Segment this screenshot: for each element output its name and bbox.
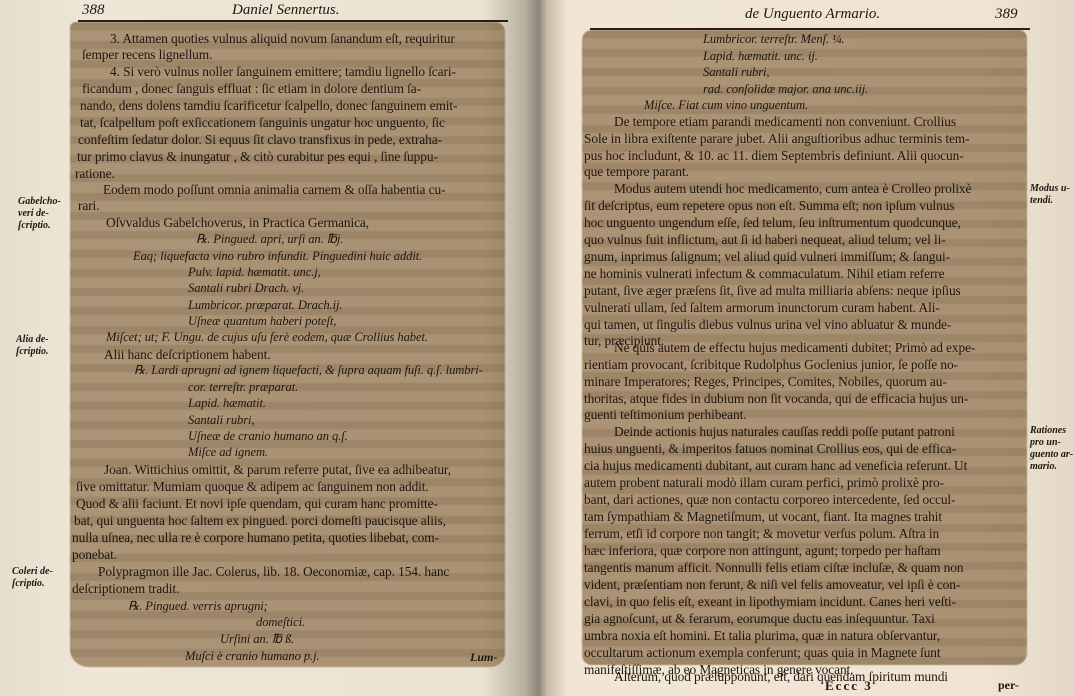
text-line: hoc unguento ungendum eſſe, ſed telum, ſ… (584, 214, 961, 231)
text-line: Muſci è cranio humano p.j. (185, 648, 320, 665)
left-catchword: Lum- (470, 650, 497, 665)
text-line: Alterum, quod præſupponunt, eſt, dari qu… (614, 668, 948, 685)
text-line: pus hoc includunt, & 10. ac 11. diem Sep… (584, 147, 964, 164)
text-line: confeſtim ſedatur dolor. Si equus ſit cl… (78, 131, 442, 148)
text-line: nulla uſnea, nec ulla re è corpore human… (72, 529, 439, 546)
text-line: Polypragmon ille Jac. Colerus, lib. 18. … (98, 563, 449, 580)
text-line: Deinde actionis hujus naturales cauſſas … (614, 423, 955, 440)
left-page-number: 388 (82, 2, 105, 19)
text-line: tur primo clavus & inungatur , & citò cu… (77, 148, 438, 165)
text-line: thoritas, atque fides in dubium non ſit … (584, 390, 968, 407)
text-line: Lumbricor. terreſtr. Menſ. ¼. (703, 31, 844, 48)
margin-note: Gabelcho- veri de- ſcriptio. (18, 196, 61, 232)
text-line: nando, dens dolens tamdiu ſcarificetur ſ… (80, 97, 457, 114)
text-line: Pulv. lapid. hæmatit. unc.j, (188, 264, 321, 281)
left-running-head: Daniel Sennertus. (232, 2, 339, 19)
text-line: minare Imperatores; Reges, Principes, Co… (584, 373, 947, 390)
text-line: ſit deſcriptus, eum repetere opus non eſ… (584, 197, 954, 214)
text-line: Oſvvaldus Gabelchoverus, in Practica Ger… (106, 214, 369, 231)
text-line: guenti teſtimonium perhibeant. (584, 406, 747, 423)
text-line: Santali rubri Drach. vj. (188, 280, 304, 297)
text-line: qui tamen, ut ſingulis diebus vulnus uri… (584, 316, 951, 333)
text-line: clavi, in quo felis eſt, exeant in lipot… (584, 593, 956, 610)
text-line: Lapid. hæmatit. unc. ij. (703, 48, 818, 65)
text-line: 3. Attamen quoties vulnus aliquid novum … (110, 30, 455, 47)
right-head-rule (590, 28, 1030, 30)
text-line: ne hominis vulnerati infectum & commacul… (584, 265, 945, 282)
right-running-head: de Unguento Armario. (745, 6, 880, 23)
text-line: autem probent naturali modò illam curam … (584, 474, 944, 491)
text-line: De tempore etiam parandi medicamenti non… (614, 113, 956, 130)
text-line: Joan. Wittichius omittit, & parum referr… (104, 461, 451, 478)
text-line: 4. Si verò vulnus noller ſanguinem emitt… (110, 63, 456, 80)
text-line: vulnerati ullam, ſed ſaltem armorum inun… (584, 299, 940, 316)
text-line: deſcriptionem tradit. (72, 580, 179, 597)
text-line: Modus autem utendi hoc medicamento, cum … (614, 180, 971, 197)
text-line: ℞. Lardi aprugni ad ignem liquefacti, & … (134, 362, 483, 379)
text-line: bant, dari actiones, quæ non contactu co… (584, 491, 955, 508)
right-page-number: 389 (995, 6, 1018, 23)
text-line: Eodem modo poſſunt omnia animalia carnem… (103, 181, 445, 198)
right-page: de Unguento Armario. 389 Lumbricor. terr… (540, 0, 1073, 696)
text-line: gnum, inprimus ſalignum; vel aliud quid … (584, 248, 950, 265)
text-line: rientiam provocant, ſcribitque Rudolphus… (584, 356, 958, 373)
text-line: ſive omittatur. Mumiam quoque & adipem a… (76, 478, 429, 495)
text-line: Ne quis autem de effectu hujus medicamen… (614, 339, 975, 356)
text-line: rari. (78, 197, 99, 214)
left-page: 388 Daniel Sennertus. 3. Attamen quoties… (0, 0, 535, 696)
text-line: hæc inferiora, quæ corpore non attingunt… (584, 542, 941, 559)
text-line: Urſini an. ℔ ß. (220, 631, 294, 648)
text-line: ponebat. (72, 546, 117, 563)
text-line: occultarum actionum exempla conferunt; q… (584, 644, 941, 661)
margin-note: Rationes pro un- guento ar- mario. (1030, 425, 1073, 473)
text-line: cor. terreſtr. præparat. (188, 379, 298, 396)
text-line: tat, ſcalpellum poſt exſiccationem ſangu… (80, 114, 445, 131)
text-line: rad. conſolidæ major. ana unc.iij. (703, 81, 868, 98)
text-line: quo vulnus fuit inflictum, aut ſi id hab… (584, 231, 946, 248)
margin-note: Coleri de- ſcriptio. (12, 566, 53, 590)
text-line: Lapid. hæmatit. (188, 395, 266, 412)
text-line: tam ſympathiam & Magnetiſmum, ut vocant,… (584, 508, 942, 525)
text-line: cia hujus medicamenti dubitant, aut cura… (584, 457, 967, 474)
text-line: Miſcet; ut; F. Ungu. de cujus uſu ferè e… (106, 329, 428, 346)
text-line: umbra noxia eſt homini. Et talia plurima… (584, 627, 940, 644)
text-line: vident, præſentiam non ferunt, & niſi ve… (584, 576, 960, 593)
text-line: huius unguenti, & imperitos fatuos nomin… (584, 440, 956, 457)
text-line: Lumbricor. præparat. Drach.ij. (188, 297, 342, 314)
signature-mark: Eccc 3 (825, 678, 873, 694)
text-line: Miſce. Fiat cum vino unguentum. (644, 97, 808, 114)
text-line: ferrum, etſi id corpore non tangit; & mo… (584, 525, 939, 542)
text-line: domeſtici. (256, 614, 305, 631)
margin-note: Modus u- tendi. (1030, 183, 1070, 207)
text-line: Quod & alii faciunt. Et novi ipſe quenda… (76, 495, 438, 512)
text-line: ℞. Pingued. verris aprugni; (128, 598, 268, 615)
text-line: que tempore parant. (584, 163, 689, 180)
text-line: Santali rubri, (188, 412, 254, 429)
text-line: bat, qui unguenta hoc ſaltem ex pingued.… (74, 512, 446, 529)
text-line: Uſneæ de cranio humano an q.ſ. (188, 428, 348, 445)
text-line: gia agnoſcunt, ut & ferarum, eorumque du… (584, 610, 935, 627)
book-spread: 388 Daniel Sennertus. 3. Attamen quoties… (0, 0, 1073, 696)
right-catchword: per- (998, 678, 1019, 693)
left-head-rule (78, 20, 508, 22)
text-line: ℞. Pingued. apri, urſi an. ℔j. (196, 231, 343, 248)
text-line: Uſneæ quantum haberi poteſt, (188, 313, 336, 330)
text-line: Sole in libra exiſtente parare jubet. Al… (584, 130, 969, 147)
margin-note: Alia de- ſcriptio. (16, 334, 49, 358)
text-line: ficandum , donec ſanguis effluat : ſic e… (82, 80, 421, 97)
text-line: ſemper recens lignellum. (82, 46, 212, 63)
text-line: Alii hanc deſcriptionem habent. (104, 346, 270, 363)
text-line: Miſce ad ignem. (188, 444, 268, 461)
text-line: putant, ſive æger præſens ſit, ſive ad m… (584, 282, 961, 299)
text-line: tangentis manum afficit. Nonnulli felis … (584, 559, 963, 576)
text-line: ratione. (75, 165, 115, 182)
text-line: Santali rubri, (703, 64, 769, 81)
text-line: Eaq; liquefacta vino rubro infundit. Pin… (133, 248, 422, 265)
